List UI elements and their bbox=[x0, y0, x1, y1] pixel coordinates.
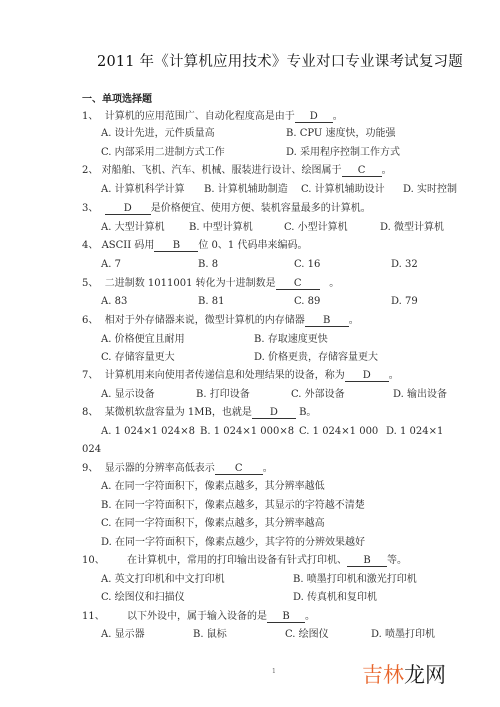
question-number: 9、 bbox=[82, 463, 98, 474]
question-text-end: 。 bbox=[389, 370, 399, 381]
answer-blank: C bbox=[276, 278, 320, 290]
answer-blank: D bbox=[105, 203, 151, 215]
option-b: B. 8 bbox=[198, 258, 218, 272]
question-8: 8、 某微机软盘容量为 1MB，也就是D B。 bbox=[82, 406, 316, 420]
answer-blank: B bbox=[154, 240, 198, 252]
option-c: C. 在同一字符面积下，像素点越多，其分辨率越高 bbox=[101, 517, 325, 531]
option-d: D. 喷墨打印机 bbox=[371, 628, 435, 642]
option-a: A. 显示器 bbox=[101, 628, 145, 642]
option-b: B. 在同一字符面积下，像素点越多，其显示的字符越不清楚 bbox=[101, 499, 365, 513]
question-11: 11、 以下外设中，属于输入设备的是B。 bbox=[82, 610, 315, 624]
answer-blank: D bbox=[252, 407, 296, 419]
answer-blank: D bbox=[345, 370, 389, 382]
option-d: D. 输出设备 bbox=[393, 388, 447, 402]
question-text-end: B。 bbox=[299, 407, 316, 418]
option-d: D. 在同一字符面积下，像素点越少，其字符的分辨效果越好 bbox=[101, 536, 365, 550]
question-9: 9、 显示器的分辨率高低表示C。 bbox=[82, 462, 273, 476]
option-b: B. 存取速度更快 bbox=[254, 333, 328, 347]
option-a: A. 计算机科学计算 bbox=[101, 183, 185, 197]
option-a: A. 7 bbox=[101, 258, 121, 272]
option-d: D. 1 024×1 bbox=[386, 425, 443, 439]
question-text: 计算机的应用范围广、自动化程度高是由于 bbox=[105, 111, 295, 122]
question-2: 2、 对船舶、飞机、汽车、机械、服装进行设计、绘图属于C。 bbox=[82, 164, 392, 178]
question-text-end: 。 bbox=[333, 111, 343, 122]
option-a: A. 在同一字符面积下，像素点越多，其分辨率越低 bbox=[101, 480, 325, 494]
option-b: B. 中型计算机 bbox=[189, 221, 253, 235]
option-d: D. 传真机和复印机 bbox=[293, 591, 377, 605]
option-b: B. CPU 速度快，功能强 bbox=[286, 127, 396, 141]
option-c: C. 89 bbox=[294, 295, 320, 309]
question-6: 6、 相对于外存储器来说，微型计算机的内存储器B。 bbox=[82, 314, 359, 328]
question-text: 显示器的分辨率高低表示 bbox=[105, 463, 215, 474]
question-text-end: 。 bbox=[305, 611, 315, 622]
page-number: 1 bbox=[272, 668, 276, 675]
question-number: 7、 bbox=[82, 370, 98, 381]
question-text-end: 。 bbox=[263, 463, 273, 474]
option-d: D. 采用程序控制工作方式 bbox=[286, 146, 400, 160]
watermark-part-1: 吉林 bbox=[362, 663, 404, 687]
question-text-end: 。 bbox=[329, 278, 339, 289]
question-text-end: 等。 bbox=[387, 555, 407, 566]
option-a: A. 设计先进，元件质量高 bbox=[101, 127, 215, 141]
question-7: 7、 计算机用来向使用者传递信息和处理结果的设备，称为D。 bbox=[82, 369, 399, 383]
answer-blank: C bbox=[215, 463, 263, 475]
option-d: D. 微型计算机 bbox=[380, 221, 444, 235]
option-d: D. 价格更贵，存储容量更大 bbox=[254, 351, 378, 365]
question-4: 4、 ASCII 码用B位 0、1 代码串来编码。 bbox=[82, 239, 307, 253]
option-a: A. 1 024×1 024×8 bbox=[101, 425, 195, 439]
answer-blank: D bbox=[295, 111, 333, 123]
option-b: B. 鼠标 bbox=[193, 628, 227, 642]
option-a: A. 价格便宜且耐用 bbox=[101, 333, 185, 347]
option-c: C. 16 bbox=[294, 258, 320, 272]
section-heading: 一、单项选择题 bbox=[82, 90, 152, 105]
question-text: ASCII 码用 bbox=[102, 240, 155, 251]
question-number: 4、 bbox=[82, 240, 98, 251]
question-number: 8、 bbox=[82, 407, 98, 418]
watermark-part-2: 龙网 bbox=[404, 663, 446, 687]
option-b: B. 81 bbox=[198, 295, 224, 309]
question-text: 二进制数 1011001 转化为十进制数是 bbox=[105, 278, 276, 289]
answer-blank: B bbox=[267, 611, 305, 623]
question-10: 10、 在计算机中，常用的打印输出设备有针式打印机、B等。 bbox=[82, 554, 407, 568]
option-c: C. 小型计算机 bbox=[284, 221, 348, 235]
answer-blank: B bbox=[347, 555, 387, 567]
question-text-end: 。 bbox=[382, 165, 392, 176]
option-d: D. 79 bbox=[391, 295, 418, 309]
option-b: B. 喷墨打印机和激光打印机 bbox=[293, 573, 417, 587]
option-c: C. 外部设备 bbox=[291, 388, 345, 402]
question-1: 1、 计算机的应用范围广、自动化程度高是由于D。 bbox=[82, 110, 343, 124]
question-number: 2、 bbox=[82, 165, 98, 176]
question-text: 某微机软盘容量为 1MB，也就是 bbox=[105, 407, 252, 418]
option-c: C. 存储容量更大 bbox=[101, 351, 175, 365]
option-a: A. 英文打印机和中文打印机 bbox=[101, 573, 225, 587]
question-text: 在计算机中，常用的打印输出设备有针式打印机、 bbox=[127, 555, 347, 566]
option-c: C. 绘图仪和扫描仪 bbox=[101, 591, 185, 605]
question-number: 5、 bbox=[82, 278, 98, 289]
option-a: A. 大型计算机 bbox=[101, 221, 165, 235]
option-d: D. 32 bbox=[391, 258, 418, 272]
question-number: 11、 bbox=[82, 611, 105, 622]
question-text: 对船舶、飞机、汽车、机械、服装进行设计、绘图属于 bbox=[102, 165, 342, 176]
option-b: B. 计算机辅助制造 bbox=[204, 183, 288, 197]
option-d-wrap: 024 bbox=[82, 443, 101, 457]
question-text: 以下外设中，属于输入设备的是 bbox=[127, 611, 267, 622]
question-number: 1、 bbox=[82, 111, 98, 122]
question-5: 5、 二进制数 1011001 转化为十进制数是C 。 bbox=[82, 277, 339, 291]
option-a: A. 83 bbox=[101, 295, 127, 309]
option-b: B. 1 024×1 000×8 bbox=[200, 425, 294, 439]
document-title: 2011 年《计算机应用技术》专业对口专业课考试复习题 bbox=[0, 50, 500, 71]
option-a: A. 显示设备 bbox=[101, 388, 155, 402]
option-d: D. 实时控制 bbox=[403, 183, 457, 197]
answer-blank: C bbox=[342, 165, 382, 177]
option-c: C. 计算机辅助设计 bbox=[301, 183, 385, 197]
question-text-end: 。 bbox=[349, 315, 359, 326]
question-3: 3、 D是价格便宜、使用方便、装机容量最多的计算机。 bbox=[82, 202, 371, 216]
question-text: 相对于外存储器来说，微型计算机的内存储器 bbox=[105, 315, 305, 326]
question-number: 6、 bbox=[82, 315, 98, 326]
answer-blank: B bbox=[305, 315, 349, 327]
question-number: 10、 bbox=[82, 555, 105, 566]
question-number: 3、 bbox=[82, 203, 98, 214]
question-text-end: 位 0、1 代码串来编码。 bbox=[198, 240, 307, 251]
option-c: C. 1 024×1 000 bbox=[299, 425, 378, 439]
watermark-logo: 吉林龙网 bbox=[362, 659, 446, 689]
question-text: 是价格便宜、使用方便、装机容量最多的计算机。 bbox=[151, 203, 371, 214]
question-text: 计算机用来向使用者传递信息和处理结果的设备，称为 bbox=[105, 370, 345, 381]
option-c: C. 内部采用二进制方式工作 bbox=[101, 146, 225, 160]
option-b: B. 打印设备 bbox=[196, 388, 250, 402]
option-c: C. 绘图仪 bbox=[285, 628, 329, 642]
